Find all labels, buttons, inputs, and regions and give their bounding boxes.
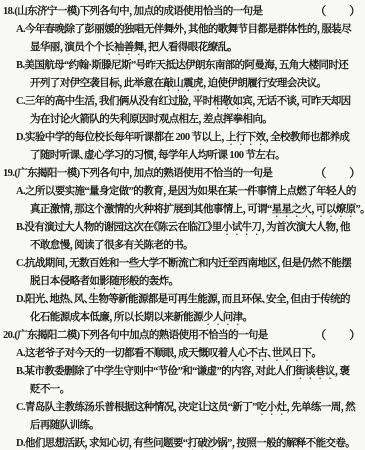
text-segment: 真正激情，那这个激情的火种将扩展到其他事情上，可谓“	[30, 204, 272, 215]
text-segment: B.美国航母“约翰·斯滕尼斯”号昨天抵达伊朗东南部的阿曼海，五角大楼同时还	[16, 60, 348, 71]
line-text: 19.(广东揭阳一模)下列各句中，加点的熟语使用不恰当的一句是	[3, 165, 272, 183]
text-segment: 后再随队训练。	[30, 420, 94, 431]
text-segment: 。	[243, 312, 248, 323]
text-line: 20.(广东揭阳二模)下列各句中加点的熟语使用不恰当的一句是 （ ）	[0, 327, 365, 345]
text-segment: A.这老爷子对今天的一切都看不顺眼，成天慨叹着	[16, 348, 228, 359]
line-text: 后再随队训练。	[30, 417, 94, 435]
text-segment: 19.(广东揭阳一模)下列各句中，加点的熟语使用不恰当的一句是	[3, 168, 272, 179]
text-line: B.某市教委删除了中学生守则中“节俭”和“谦虚”的内容，对此人们街谈巷议，褒	[0, 363, 365, 381]
text-segment: D.实验中学的每位校长每年听课都在 200 节以上，	[16, 132, 226, 143]
text-segment: D.阳光、地热、风、生物等新能源都是可再生能源，而且环保、安全，但由于传统的	[16, 294, 350, 305]
text-segment: A.今年春晚除了彭丽媛的独唱无伴舞外，其他的歌舞节目都是群体性的，服装尽	[16, 24, 351, 35]
answer-bracket: （ ）	[321, 327, 365, 345]
text-line: B.美国航母“约翰·斯滕尼斯”号昨天抵达伊朗东南部的阿曼海，五角大楼同时还	[0, 57, 365, 75]
text-segment: 。	[312, 348, 317, 359]
text-segment: 18.(山东济宁一模)下列各句中，加点的成语使用恰当的一句是	[3, 6, 262, 17]
line-text: 了随时听课、虚心学习的习惯，每学年人均听课 100 节左右。	[30, 147, 280, 165]
emphasized-idiom: 相敬如宾	[213, 96, 253, 107]
text-segment: 化石能源成本低廉，所以长期以来新能源	[30, 312, 203, 323]
text-line: A.之所以要实施“量身定做”的教育，是因为如果在某一件事情上点燃了年轻人的	[0, 183, 365, 201]
line-text: 真正激情，那这个激情的火种将扩展到其他事情上，可谓“星星之火，可以燎原”。	[30, 201, 365, 219]
line-text: 脱日本侵略者如影随形般的轰炸。	[30, 273, 173, 291]
text-line: 后再随队训练。	[0, 417, 365, 435]
text-segment: 显华丽，演员个个	[30, 42, 104, 53]
text-segment: 般的轰炸。	[129, 276, 173, 287]
text-segment: D.他们思想活跃，求知心切，有些问题要“	[16, 438, 187, 449]
line-text: 为在讨论火箭队的失利原因时观点相左，差点挥拳相向。	[30, 111, 267, 129]
text-segment: 了随时听课、虚心学习的习惯，每学年人均听课 100 节左右。	[30, 150, 280, 161]
text-line: 显华丽，演员个个长袖善舞，把人看得眼花缭乱。	[0, 39, 365, 57]
line-text: 不敢怠慢，阅读了很多有关陈老的书。	[30, 237, 188, 255]
text-segment: ，先单练一周，然	[286, 402, 355, 413]
line-text: A.之所以要实施“量身定做”的教育，是因为如果在某一件事情上点燃了年轻人的	[16, 183, 356, 201]
text-line: 开列了对伊空袭目标，此举意在敲山震虎，迫使伊朗履行安理会决议。	[0, 75, 365, 93]
text-segment: ，为首次演大人物，他	[261, 222, 350, 233]
answer-bracket: （ ）	[321, 3, 365, 21]
text-line: A.这老爷子对今天的一切都看不顺眼，成天慨叹着人心不古、世风日下。	[0, 345, 365, 363]
line-text: D.他们思想活跃，求知心切，有些问题要“打破沙锅”，按照一般的解释不能交卷。	[16, 435, 350, 450]
exam-document: 18.(山东济宁一模)下列各句中，加点的成语使用恰当的一句是 （ ） A.今年春…	[0, 0, 365, 450]
line-text: 20.(广东揭阳二模)下列各句中加点的熟语使用不恰当的一句是	[3, 327, 268, 345]
line-text: A.今年春晚除了彭丽媛的独唱无伴舞外，其他的歌舞节目都是群体性的，服装尽	[16, 21, 351, 39]
emphasized-idiom: 人心不古	[228, 348, 268, 359]
emphasized-idiom: 如影随形	[89, 276, 129, 287]
line-text: A.这老爷子对今天的一切都看不顺眼，成天慨叹着人心不古、世风日下。	[16, 345, 316, 363]
text-line: A.今年春晚除了彭丽媛的独唱无伴舞外，其他的歌舞节目都是群体性的，服装尽	[0, 21, 365, 39]
emphasized-idiom: 吃小灶	[257, 402, 287, 413]
text-line: 为在讨论火箭队的失利原因时观点相左，差点挥拳相向。	[0, 111, 365, 129]
emphasized-idiom: 长袖善舞	[104, 42, 144, 53]
text-line: 不敢怠慢，阅读了很多有关陈老的书。	[0, 237, 365, 255]
emphasized-idiom: 街谈巷议	[295, 366, 335, 377]
line-text: C.青岛队主教练汤乐普根据这种情况，决定让这员“新丁”吃小灶，先单练一周，然	[16, 399, 355, 417]
text-line: 化石能源成本低廉，所以长期以来新能源少人问津。	[0, 309, 365, 327]
text-line: C.青岛队主教练汤乐普根据这种情况，决定让这员“新丁”吃小灶，先单练一周，然	[0, 399, 365, 417]
line-text: 化石能源成本低廉，所以长期以来新能源少人问津。	[30, 309, 247, 327]
text-segment: ，迫使伊朗履行安理会决议。	[203, 78, 321, 89]
text-segment: ，把人看得眼花缭乱。	[144, 42, 233, 53]
text-segment: 贬不一。	[30, 384, 64, 395]
line-text: C.抗战期间，无数百姓和一些大学不断流亡和内迁至西南地区，但是仍然不能摆	[16, 255, 351, 273]
line-text: 开列了对伊空袭目标，此举意在敲山震虎，迫使伊朗履行安理会决议。	[30, 75, 321, 93]
text-line: C.三年的高中生活，我们俩从没有红过脸，平时相敬如宾，无话不谈，可昨天却因	[0, 93, 365, 111]
emphasized-idiom: 敲山震虎	[163, 78, 203, 89]
text-segment: B.没有演过大人物的谢园这次在《陈云在临江》里	[16, 222, 222, 233]
text-line: 贬不一。	[0, 381, 365, 399]
text-segment: 为在讨论火箭队的失利原因时观点相左，差点挥拳相向。	[30, 114, 267, 125]
text-line: 脱日本侵略者如影随形般的轰炸。	[0, 273, 365, 291]
text-segment: C.青岛队主教练汤乐普根据这种情况，决定让这员“新丁”	[16, 402, 257, 413]
answer-bracket: （ ）	[321, 165, 365, 183]
text-line: C.抗战期间，无数百姓和一些大学不断流亡和内迁至西南地区，但是仍然不能摆	[0, 255, 365, 273]
text-line: 了随时听课、虚心学习的习惯，每学年人均听课 100 节左右。	[0, 147, 365, 165]
emphasized-idiom: 可以燎原	[316, 204, 356, 215]
text-line: D.他们思想活跃，求知心切，有些问题要“打破沙锅”，按照一般的解释不能交卷。	[0, 435, 365, 450]
text-line: B.没有演过大人物的谢园这次在《陈云在临江》里小试牛刀，为首次演大人物，他	[0, 219, 365, 237]
text-segment: ”，按照一般的解释不能交卷。	[227, 438, 350, 449]
text-line: D.阳光、地热、风、生物等新能源都是可再生能源，而且环保、安全，但由于传统的	[0, 291, 365, 309]
text-segment: ，全校教师也都养成	[265, 132, 349, 143]
line-text: 显华丽，演员个个长袖善舞，把人看得眼花缭乱。	[30, 39, 232, 57]
text-segment: ，褒	[335, 366, 350, 377]
line-text: 贬不一。	[30, 381, 64, 399]
text-segment: B.某市教委删除了中学生守则中“节俭”和“谦虚”的内容，对此人们	[16, 366, 295, 377]
line-text: D.实验中学的每位校长每年听课都在 200 节以上，上行下效，全校教师也都养成	[16, 129, 349, 147]
line-text: B.某市教委删除了中学生守则中“节俭”和“谦虚”的内容，对此人们街谈巷议，褒	[16, 363, 349, 381]
text-segment: ，无话不谈，可昨天却因	[252, 96, 350, 107]
text-segment: 不敢怠慢，阅读了很多有关陈老的书。	[30, 240, 188, 251]
emphasized-idiom: 小试牛刀	[222, 222, 262, 233]
emphasized-idiom: 星星之火	[272, 204, 312, 215]
text-segment: 脱日本侵略者	[30, 276, 89, 287]
text-segment: 开列了对伊空袭目标，此举意在	[30, 78, 163, 89]
text-segment: C.三年的高中生活，我们俩从没有红过脸，平时	[16, 96, 213, 107]
text-line: D.实验中学的每位校长每年听课都在 200 节以上，上行下效，全校教师也都养成	[0, 129, 365, 147]
emphasized-idiom: 世风日下	[272, 348, 312, 359]
emphasized-idiom: 少人问津	[203, 312, 243, 323]
text-line: 19.(广东揭阳一模)下列各句中，加点的熟语使用不恰当的一句是 （ ）	[0, 165, 365, 183]
text-segment: C.抗战期间，无数百姓和一些大学不断流亡和内迁至西南地区，但是仍然不能摆	[16, 258, 351, 269]
line-text: C.三年的高中生活，我们俩从没有红过脸，平时相敬如宾，无话不谈，可昨天却因	[16, 93, 351, 111]
text-segment: A.之所以要实施“量身定做”的教育，是因为如果在某一件事情上点燃了年轻人的	[16, 186, 356, 197]
emphasized-idiom: 打破沙锅	[187, 438, 227, 449]
text-line: 18.(山东济宁一模)下列各句中，加点的成语使用恰当的一句是 （ ）	[0, 3, 365, 21]
emphasized-idiom: 上行下效	[226, 132, 266, 143]
line-text: B.美国航母“约翰·斯滕尼斯”号昨天抵达伊朗东南部的阿曼海，五角大楼同时还	[16, 57, 348, 75]
line-text: 18.(山东济宁一模)下列各句中，加点的成语使用恰当的一句是	[3, 3, 262, 21]
line-text: D.阳光、地热、风、生物等新能源都是可再生能源，而且环保、安全，但由于传统的	[16, 291, 350, 309]
text-segment: 20.(广东揭阳二模)下列各句中加点的熟语使用不恰当的一句是	[3, 330, 268, 341]
line-text: B.没有演过大人物的谢园这次在《陈云在临江》里小试牛刀，为首次演大人物，他	[16, 219, 350, 237]
text-segment: ”。	[356, 204, 365, 215]
text-line: 真正激情，那这个激情的火种将扩展到其他事情上，可谓“星星之火，可以燎原”。	[0, 201, 365, 219]
